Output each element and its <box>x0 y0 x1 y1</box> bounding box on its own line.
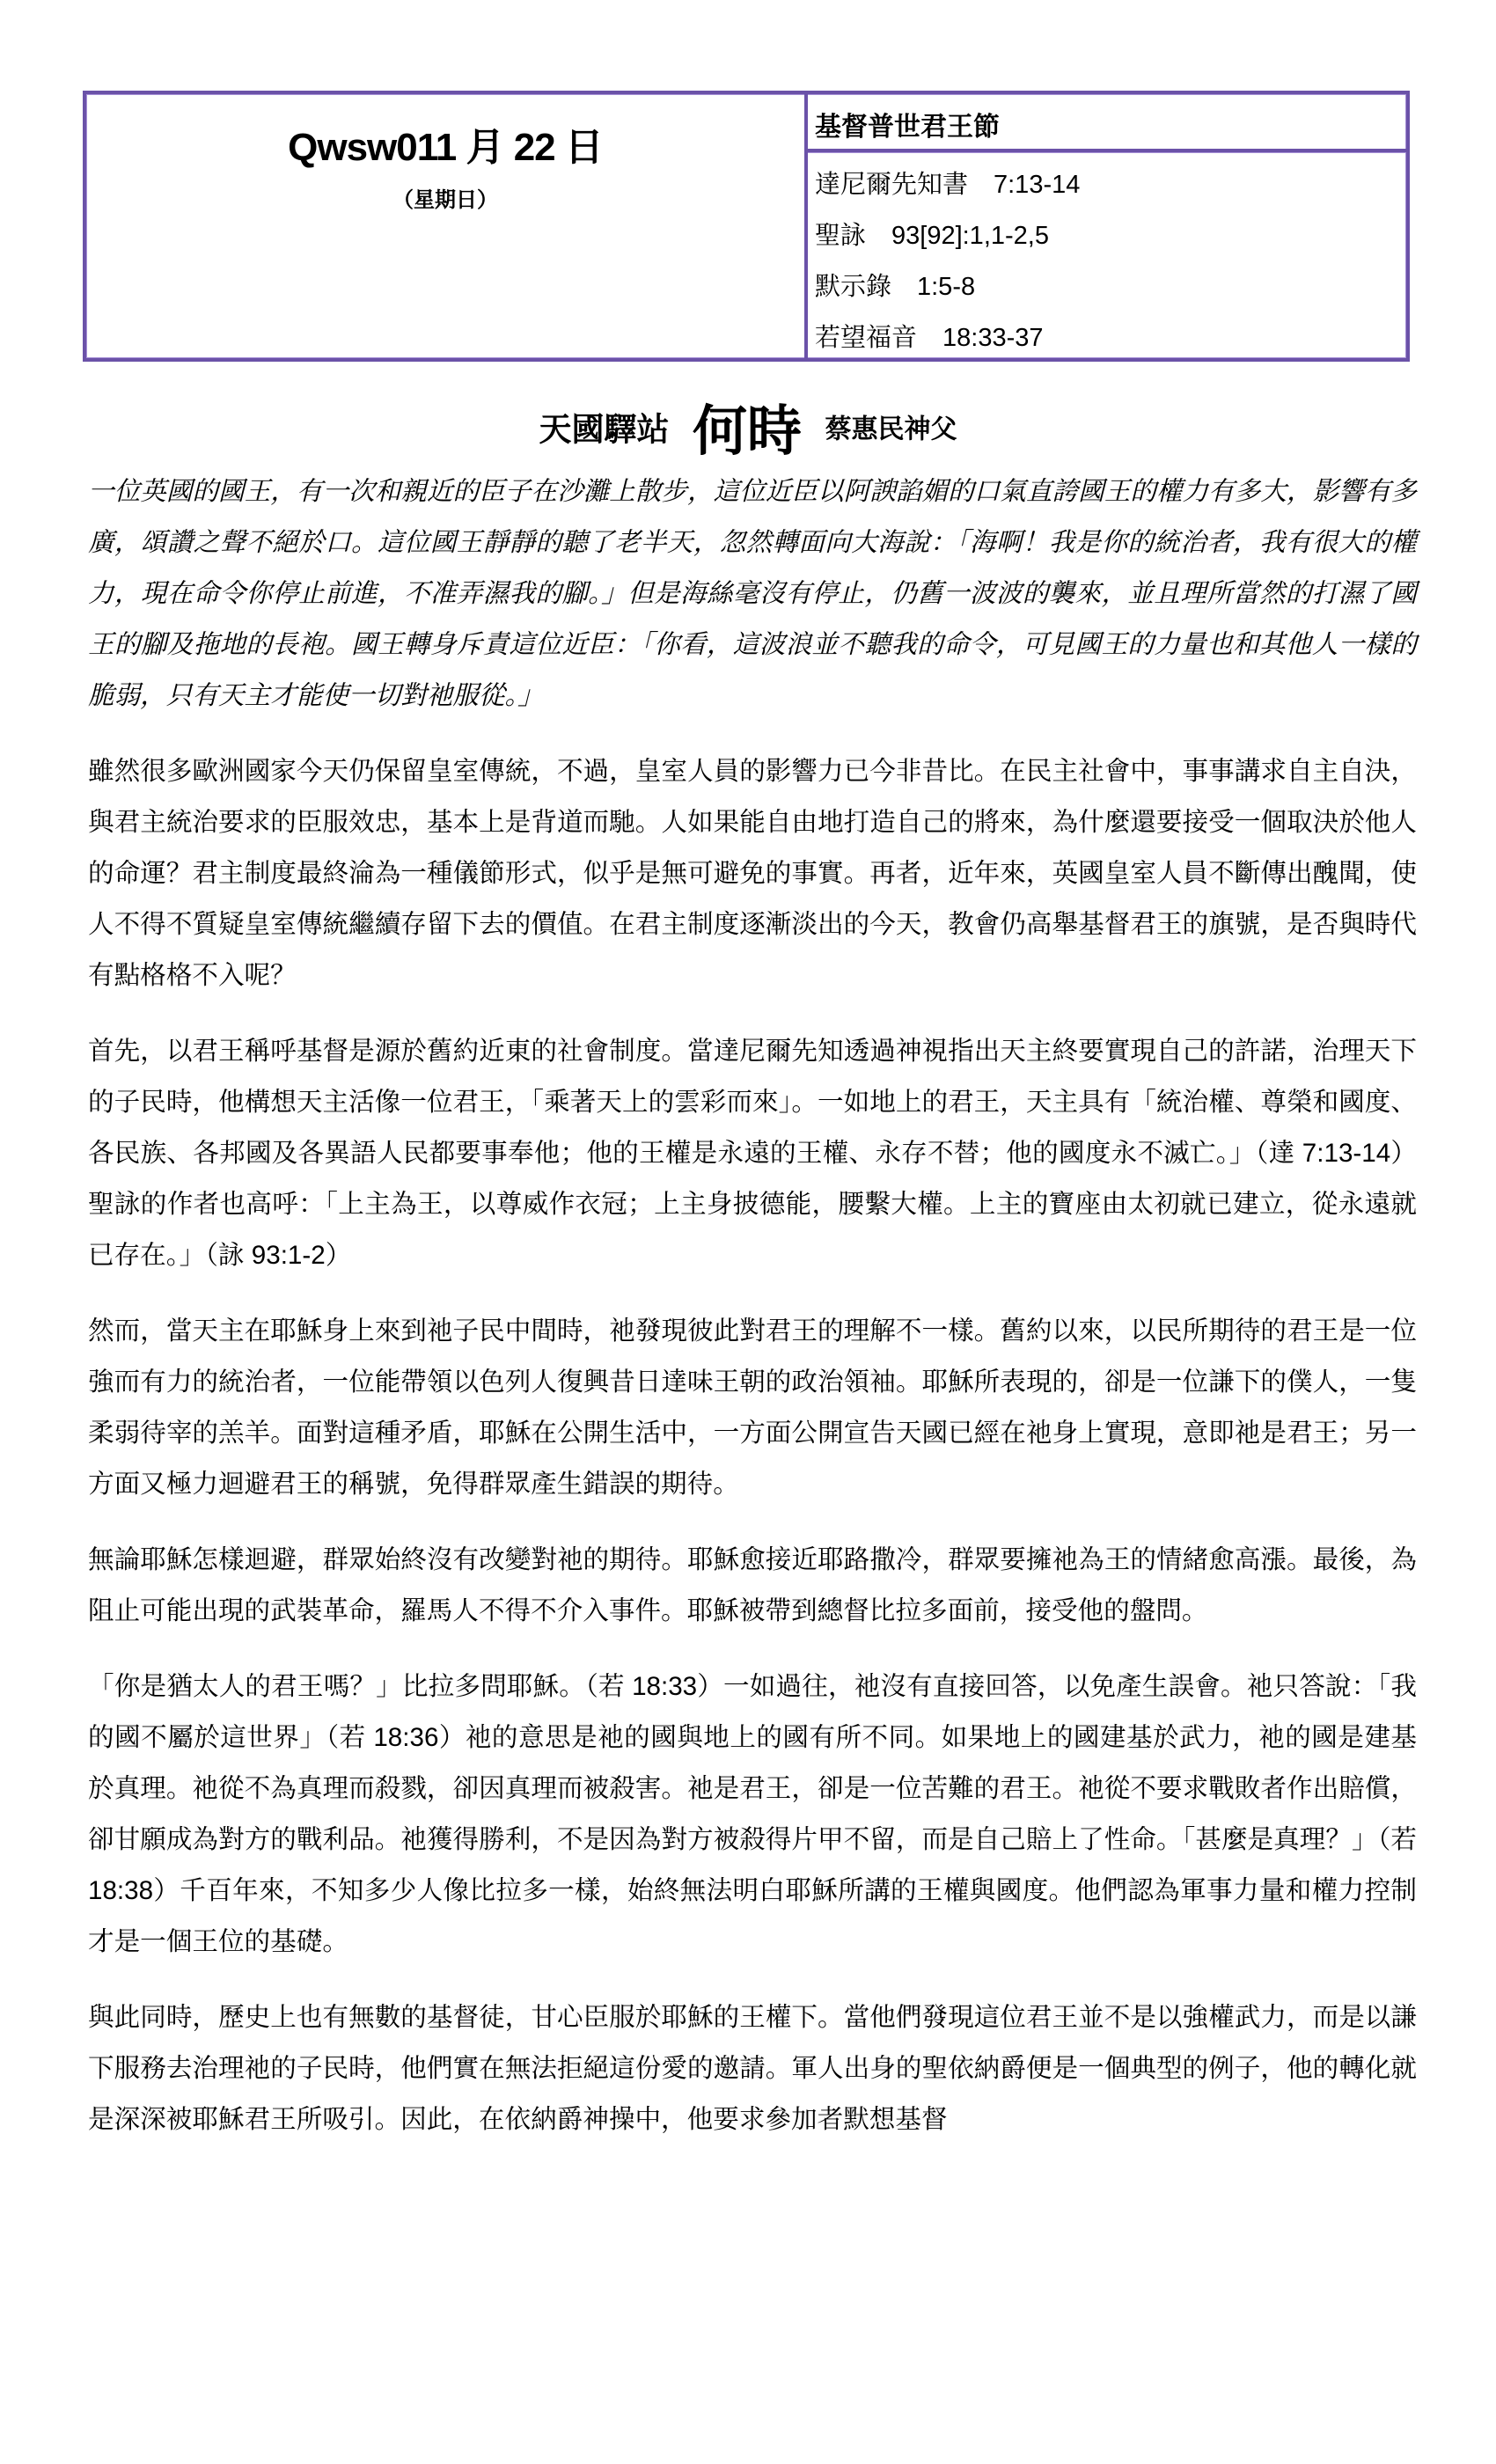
readings-list: 達尼爾先知書 7:13-14 聖詠 93[92]:1,1-2,5 默示錄 1:5… <box>808 152 1406 358</box>
header-table: Qwsw011 月 22 日 （星期日） 基督普世君王節 達尼爾先知書 7:13… <box>83 91 1410 362</box>
feast-row: 基督普世君王節 <box>808 94 1406 149</box>
reading-gospel: 若望福音 18:33-37 <box>815 318 1044 354</box>
weekday-label: （星期日） <box>86 182 804 213</box>
reading-second: 默示錄 1:5-8 <box>815 267 975 303</box>
reading-psalm: 聖詠 93[92]:1,1-2,5 <box>815 216 1049 252</box>
reading-first: 達尼爾先知書 7:13-14 <box>815 165 1080 201</box>
feast-name: 基督普世君王節 <box>815 105 1000 143</box>
date-title: Qwsw011 月 22 日 <box>86 115 804 172</box>
paragraph: 首先，以君王稱呼基督是源於舊約近東的社會制度。當達尼爾先知透過神視指出天主終要實… <box>88 1026 1417 1281</box>
article-body: 一位英國的國王，有一次和親近的臣子在沙灘上散步，這位近臣以阿諛諂媚的口氣直誇國王… <box>88 466 1417 2170</box>
article-title: 何時 <box>693 401 802 462</box>
paragraph: 然而，當天主在耶穌身上來到祂子民中間時，祂發現彼此對君王的理解不一樣。舊約以來，… <box>88 1306 1417 1510</box>
date-cell: Qwsw011 月 22 日 （星期日） <box>86 94 804 358</box>
paragraph: 「你是猶太人的君王嗎？」比拉多問耶穌。（若 18:33）一如過往，祂沒有直接回答… <box>88 1661 1417 1968</box>
paragraph-intro: 一位英國的國王，有一次和親近的臣子在沙灘上散步，這位近臣以阿諛諂媚的口氣直誇國王… <box>88 466 1417 722</box>
liturgy-cell: 基督普世君王節 達尼爾先知書 7:13-14 聖詠 93[92]:1,1-2,5… <box>808 94 1406 358</box>
article-author: 蔡惠民神父 <box>825 415 957 444</box>
paragraph: 與此同時，歷史上也有無數的基督徒，甘心臣服於耶穌的王權下。當他們發現這位君王並不… <box>88 1992 1417 2145</box>
paragraph: 雖然很多歐洲國家今天仍保留皇室傳統，不過，皇室人員的影響力已今非昔比。在民主社會… <box>88 746 1417 1001</box>
article-heading: 天國驛站 何時 蔡惠民神父 <box>0 387 1496 466</box>
paragraph: 無論耶穌怎樣迴避，群眾始終沒有改變對祂的期待。耶穌愈接近耶路撒冷，群眾要擁祂為王… <box>88 1535 1417 1637</box>
column-name: 天國驛站 <box>539 412 670 448</box>
